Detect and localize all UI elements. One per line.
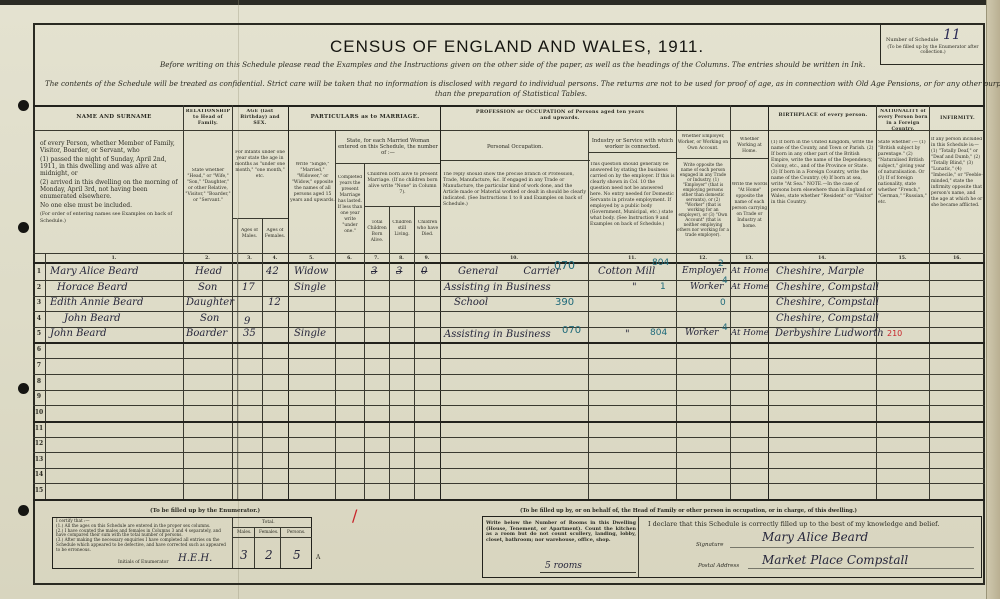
column-number: 13.: [730, 256, 768, 261]
column-number: 4.: [262, 256, 288, 261]
children-living-header: Children still Living.: [390, 220, 414, 238]
total-divider: [280, 528, 281, 568]
person-birthplace: Derbyshire Ludworth: [775, 328, 884, 339]
schedule-number-label: Number of Schedule: [886, 37, 938, 43]
at-home-description: Write the words "At Home" opposite the n…: [731, 182, 768, 230]
row-rule: [33, 483, 985, 484]
name-description: of every Person, whether Member of Famil…: [40, 140, 180, 225]
punch-hole: [18, 222, 29, 233]
relationship-description: State whether "Head," or "Wife," "Son," …: [185, 168, 231, 204]
top-edge: [0, 0, 1000, 5]
industry-description: This question should generally be answer…: [590, 162, 675, 228]
column-number: 15.: [876, 256, 929, 261]
industry-code: 804: [652, 258, 669, 268]
signature-line: [730, 547, 974, 548]
col-divider: [414, 206, 415, 499]
name-desc-3: (2) arrived in this dwelling on the morn…: [40, 179, 180, 200]
page-title: CENSUS OF ENGLAND AND WALES, 1911.: [330, 37, 704, 57]
row-rule: [33, 280, 985, 281]
rooms-count: 5 rooms: [545, 561, 582, 571]
occupation-split-rule: [440, 160, 590, 161]
header-age-females: Ages of Females.: [262, 228, 288, 240]
schedule-number-note: (To be filled up by the Enumerator after…: [885, 45, 981, 55]
col-divider: [389, 206, 390, 499]
children-died-header: Children who have Died.: [415, 220, 440, 238]
birthplace-header: BIRTHPLACE of every person.: [770, 112, 876, 118]
row-number: 2: [33, 284, 45, 291]
header-subrule: [33, 130, 985, 131]
infirmity-header: INFIRMITY.: [930, 115, 985, 121]
row-number: 3: [33, 299, 45, 306]
address-line: [748, 568, 974, 569]
personal-occupation-description: The reply should show the precise branch…: [443, 172, 587, 208]
postal-address: Market Place Compstall: [762, 553, 908, 567]
person-industry: ": [632, 282, 637, 293]
person-relationship: Boarder: [186, 328, 227, 339]
person-industry: Cotton Mill: [598, 266, 655, 277]
col-divider: [288, 105, 289, 499]
person-employer-status: Worker: [690, 282, 723, 292]
header-relationship: RELATIONSHIP to Head of Family.: [184, 109, 232, 127]
total-rule: [232, 527, 312, 528]
nationality-header: NATIONALITY of every Person born in a Fo…: [877, 109, 929, 133]
row-number: 1: [33, 268, 45, 275]
total-females: 2: [265, 548, 273, 562]
years-married-description: Completed years the present Marriage has…: [336, 175, 364, 235]
person-birthplace: Cheshire, Compstall: [776, 313, 879, 324]
person-name: John Beard: [64, 313, 121, 324]
row-number: 7: [33, 362, 45, 369]
age-split-rule: [232, 218, 288, 219]
row-rule: [33, 421, 985, 423]
occupation-code: 390: [555, 297, 574, 308]
males-label: Males.: [237, 530, 251, 536]
person-marital: Single: [294, 328, 326, 339]
person-occupation: Assisting in Business: [444, 329, 551, 340]
certify-line: (3.) After making the necessary enquirie…: [56, 538, 230, 552]
rooms-instruction: Write below the Number of Rooms in this …: [486, 521, 636, 543]
persons-label: Persons.: [287, 530, 305, 536]
person-relationship: Son: [198, 282, 217, 293]
row-number: 5: [33, 330, 45, 337]
household-heading: (To be filled up by, or on behalf of, th…: [520, 508, 857, 514]
column-number: 9.: [414, 256, 440, 261]
total-males: 3: [240, 548, 248, 562]
row-number: 13: [33, 456, 45, 463]
row-rule: [33, 342, 985, 344]
employer-code: 4: [722, 323, 728, 333]
row-rule: [33, 390, 985, 391]
punch-hole: [18, 383, 29, 394]
row-rule: [33, 405, 985, 406]
total-label: Total.: [262, 520, 275, 526]
person-birthplace: Cheshire, Compstall: [776, 282, 879, 293]
person-name: Mary Alice Beard: [50, 266, 139, 277]
row-rule: [33, 452, 985, 453]
name-desc-1: of every Person, whether Member of Famil…: [40, 140, 180, 154]
row-number: 12: [33, 440, 45, 447]
row-number: 14: [33, 471, 45, 478]
total-divider: [254, 528, 255, 568]
person-birthplace: Cheshire, Marple: [776, 266, 864, 277]
birthplace-code: 210: [887, 329, 902, 338]
header-profession: PROFESSION or OCCUPATION of Persons aged…: [470, 109, 650, 121]
person-at-home: At Home: [731, 266, 769, 276]
col-divider: [730, 105, 731, 499]
industry-split-rule: [588, 152, 676, 153]
marital-description: Write "Single," "Married," "Widower," or…: [290, 162, 335, 204]
person-name: Edith Annie Beard: [50, 297, 143, 308]
row-rule: [33, 437, 985, 438]
person-birthplace: Cheshire, Compstall: [776, 297, 879, 308]
infirmity-description: If any person included in this Schedule …: [931, 137, 984, 209]
enumerator-heading: (To be filled up by the Enumerator.): [150, 508, 260, 514]
enumerator-mark: A: [316, 555, 320, 561]
personal-occupation-header: Personal Occupation.: [442, 144, 588, 150]
instruction-line-1: Before writing on this Schedule please r…: [160, 60, 865, 69]
person-age-male: 35: [243, 328, 256, 339]
children-living: 3: [396, 266, 402, 277]
person-occupation: Assisting in Business: [444, 282, 551, 293]
total-subrule: [232, 537, 312, 538]
row-number: 8: [33, 378, 45, 385]
address-label: Postal Address: [698, 563, 739, 569]
col-divider: [45, 253, 46, 499]
enumerator-divider: [232, 518, 233, 568]
name-desc-2: (1) passed the night of Sunday, April 2n…: [40, 156, 180, 177]
row-rule: [33, 311, 985, 312]
row-number: 6: [33, 346, 45, 353]
header-age: AGE (last Birthday) and SEX.: [234, 109, 286, 127]
col-divider: [440, 105, 441, 499]
occupation-code: 070: [562, 325, 581, 336]
schedule-number: 11: [943, 27, 961, 43]
employer-code: 4: [722, 276, 728, 286]
schedule-number-box: Number of Schedule 11 (To be filled up b…: [880, 25, 985, 65]
enumerator-certificate: I certify that :— (1.) All the ages on t…: [56, 519, 230, 553]
person-age-male: 9: [244, 316, 250, 327]
nationality-description: State whether :— (1) "British subject by…: [878, 140, 928, 206]
employer-description: Write opposite the name of each person e…: [677, 162, 729, 237]
industry-code: 804: [650, 328, 667, 338]
row-rule: [33, 374, 985, 375]
signature-label: Signature: [696, 542, 724, 548]
declaration-text: I declare that this Schedule is correctl…: [648, 521, 939, 527]
col-divider: [768, 105, 769, 499]
name-desc-4: No one else must be included.: [40, 202, 180, 209]
industry-header: Industry or Service with which worker is…: [590, 138, 675, 150]
household-divider: [638, 517, 639, 577]
row-rule: [33, 468, 985, 469]
married-woman-rule: [335, 163, 440, 164]
column-number: 14.: [768, 256, 876, 261]
red-tick-mark: /: [352, 506, 357, 525]
column-number: 6.: [335, 256, 364, 261]
person-name: John Beard: [50, 328, 107, 339]
instruction-line-2a: The contents of the Schedule will be tre…: [45, 79, 1000, 88]
instruction-line-2b: than the preparation of Statistical Tabl…: [435, 89, 587, 98]
person-at-home: At Home: [731, 328, 769, 338]
colnum-top-rule: [33, 253, 985, 254]
children-description: Children born alive to present Marriage.…: [366, 172, 439, 196]
person-relationship: Son: [200, 313, 219, 324]
children-total: 3: [371, 266, 377, 277]
enumerator-initials: H.E.H.: [178, 553, 212, 564]
row-number: 9: [33, 393, 45, 400]
col-divider: [929, 105, 930, 499]
person-relationship: Head: [195, 266, 222, 277]
employer-code: 0: [720, 298, 726, 308]
name-desc-5: (For order of entering names see Example…: [40, 211, 180, 225]
punch-hole: [18, 100, 29, 111]
occupation-code: 070: [554, 259, 575, 272]
table-bottom-rule: [33, 499, 985, 501]
col-divider: [364, 163, 365, 499]
row-number: 4: [33, 315, 45, 322]
person-marital: Widow: [294, 266, 328, 277]
header-top-rule: [33, 105, 985, 107]
children-total-header: Total Children Born Alive.: [365, 220, 389, 244]
at-home-header: Whether Working at Home.: [731, 137, 768, 155]
column-number: 16.: [929, 256, 985, 261]
signature: Mary Alice Beard: [762, 530, 868, 544]
column-number: 7.: [364, 256, 389, 261]
row-number: 10: [33, 409, 45, 416]
person-marital: Single: [294, 282, 326, 293]
industry-code: 1: [660, 282, 666, 292]
column-number: 2.: [183, 256, 232, 261]
person-occupation: School: [454, 297, 488, 308]
person-age-female: 12: [268, 297, 281, 308]
punch-hole: [18, 505, 29, 516]
person-name: Horace Beard: [57, 282, 128, 293]
person-age-female: 42: [266, 266, 279, 277]
row-number: 15: [33, 487, 45, 494]
data-top-rule: [33, 262, 985, 264]
header-age-males: Ages of Males.: [237, 228, 262, 240]
person-age-male: 17: [242, 282, 255, 293]
col-divider: [183, 105, 184, 499]
person-at-home: At Home: [731, 282, 769, 292]
person-industry: ": [625, 329, 630, 340]
person-relationship: Daughter: [186, 297, 234, 308]
row-rule: [33, 358, 985, 359]
employer-code: 2: [718, 259, 724, 269]
column-number: 3.: [237, 256, 262, 261]
header-name: NAME AND SURNAME: [45, 114, 183, 120]
column-number: 1.: [45, 256, 183, 261]
children-died: 0: [421, 266, 427, 277]
age-description: For Infants under one year state the age…: [234, 150, 286, 180]
person-occupation: General Carrier: [458, 266, 560, 277]
header-marriage: PARTICULARS as to MARRIAGE.: [290, 114, 440, 120]
person-employer-status: Worker: [685, 328, 718, 338]
married-woman-description: State, for each Married Woman entered on…: [337, 138, 439, 156]
right-edge: [986, 0, 1000, 599]
rooms-line: [540, 572, 636, 573]
employer-split-rule: [676, 158, 768, 159]
birthplace-description: (1) If born in the United Kingdom, write…: [771, 140, 875, 206]
total-persons: 5: [293, 548, 301, 562]
row-number: 11: [33, 425, 45, 432]
col-divider: [588, 130, 589, 499]
children-split-rule: [364, 206, 440, 207]
column-number: 5.: [288, 256, 335, 261]
column-number: 8.: [389, 256, 414, 261]
females-label: Females.: [259, 530, 278, 536]
employer-header: Whether Employer, Worker, or Working on …: [677, 134, 729, 152]
initials-label: Initials of Enumerator: [118, 560, 169, 566]
